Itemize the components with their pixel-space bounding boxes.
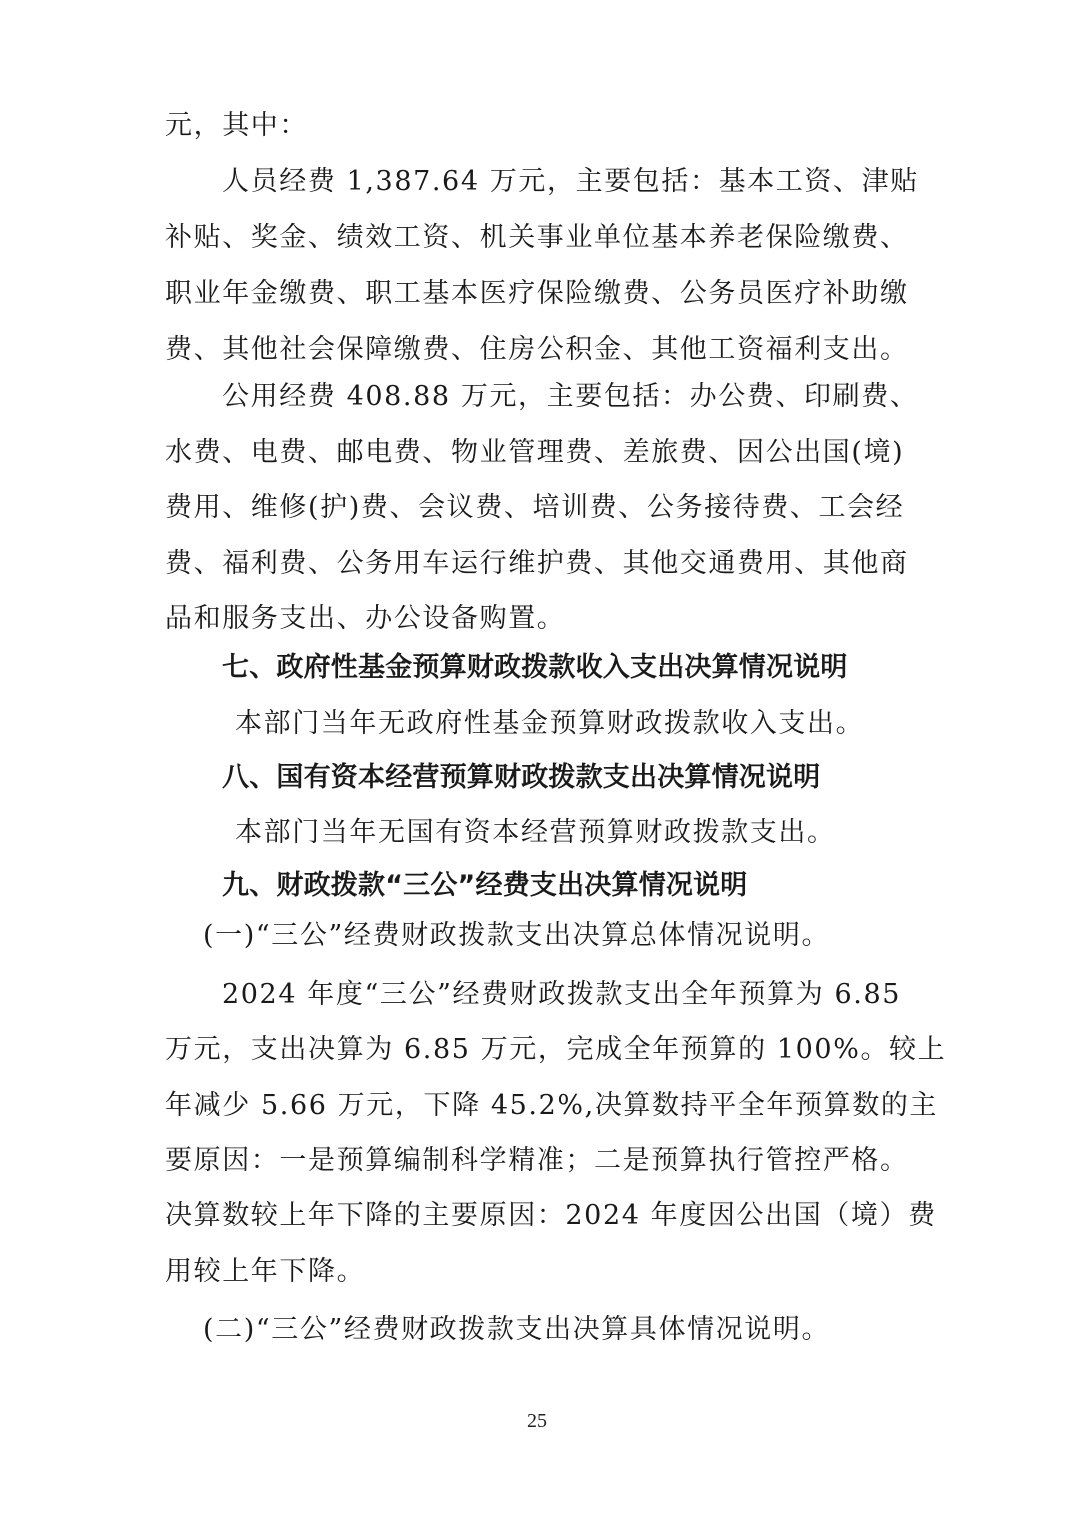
subsection-title-1: (一)“三公”经费财政拨款支出决算总体情况说明。 [203,920,830,952]
text-line: 年减少 5.66 万元，下降 45.2%,决算数持平全年预算数的主 [165,1090,938,1122]
section-heading-7: 七、政府性基金预算财政拨款收入支出决算情况说明 [222,652,848,684]
text-line-three-public-budget: 2024 年度“三公”经费财政拨款支出全年预算为 6.85 [222,979,901,1011]
text-line: 万元，支出决算为 6.85 万元，完成全年预算的 100%。较上 [165,1034,946,1066]
text-line-personnel-expense: 人员经费 1,387.64 万元，主要包括：基本工资、津贴 [222,166,919,198]
subsection-title-2: (二)“三公”经费财政拨款支出决算具体情况说明。 [203,1314,830,1346]
text-line: 费用、维修(护)费、会议费、培训费、公务接待费、工会经 [165,492,904,524]
text-line: 用较上年下降。 [165,1256,365,1288]
section-heading-8: 八、国有资本经营预算财政拨款支出决算情况说明 [222,762,820,794]
section-heading-9: 九、财政拨款“三公”经费支出决算情况说明 [222,870,748,902]
text-line: 品和服务支出、办公设备购置。 [165,603,565,635]
text-line: 元，其中： [165,110,308,142]
text-line: 要原因：一是预算编制科学精准；二是预算执行管控严格。 [165,1145,909,1177]
text-line-public-expense: 公用经费 408.88 万元，主要包括：办公费、印刷费、 [222,381,918,413]
text-line: 费、其他社会保障缴费、住房公积金、其他工资福利支出。 [165,334,909,366]
text-line: 职业年金缴费、职工基本医疗保险缴费、公务员医疗补助缴 [165,278,909,310]
text-line: 补贴、奖金、绩效工资、机关事业单位基本养老保险缴费、 [165,222,909,254]
document-page: 元，其中： 人员经费 1,387.64 万元，主要包括：基本工资、津贴 补贴、奖… [0,0,1074,1520]
page-number: 25 [0,1410,1074,1433]
section-body-8: 本部门当年无国有资本经营预算财政拨款支出。 [235,817,836,849]
text-line: 费、福利费、公务用车运行维护费、其他交通费用、其他商 [165,548,909,580]
text-line: 水费、电费、邮电费、物业管理费、差旅费、因公出国(境) [165,437,904,469]
text-line: 决算数较上年下降的主要原因：2024 年度因公出国（境）费 [165,1200,937,1232]
section-body-7: 本部门当年无政府性基金预算财政拨款收入支出。 [235,708,864,740]
